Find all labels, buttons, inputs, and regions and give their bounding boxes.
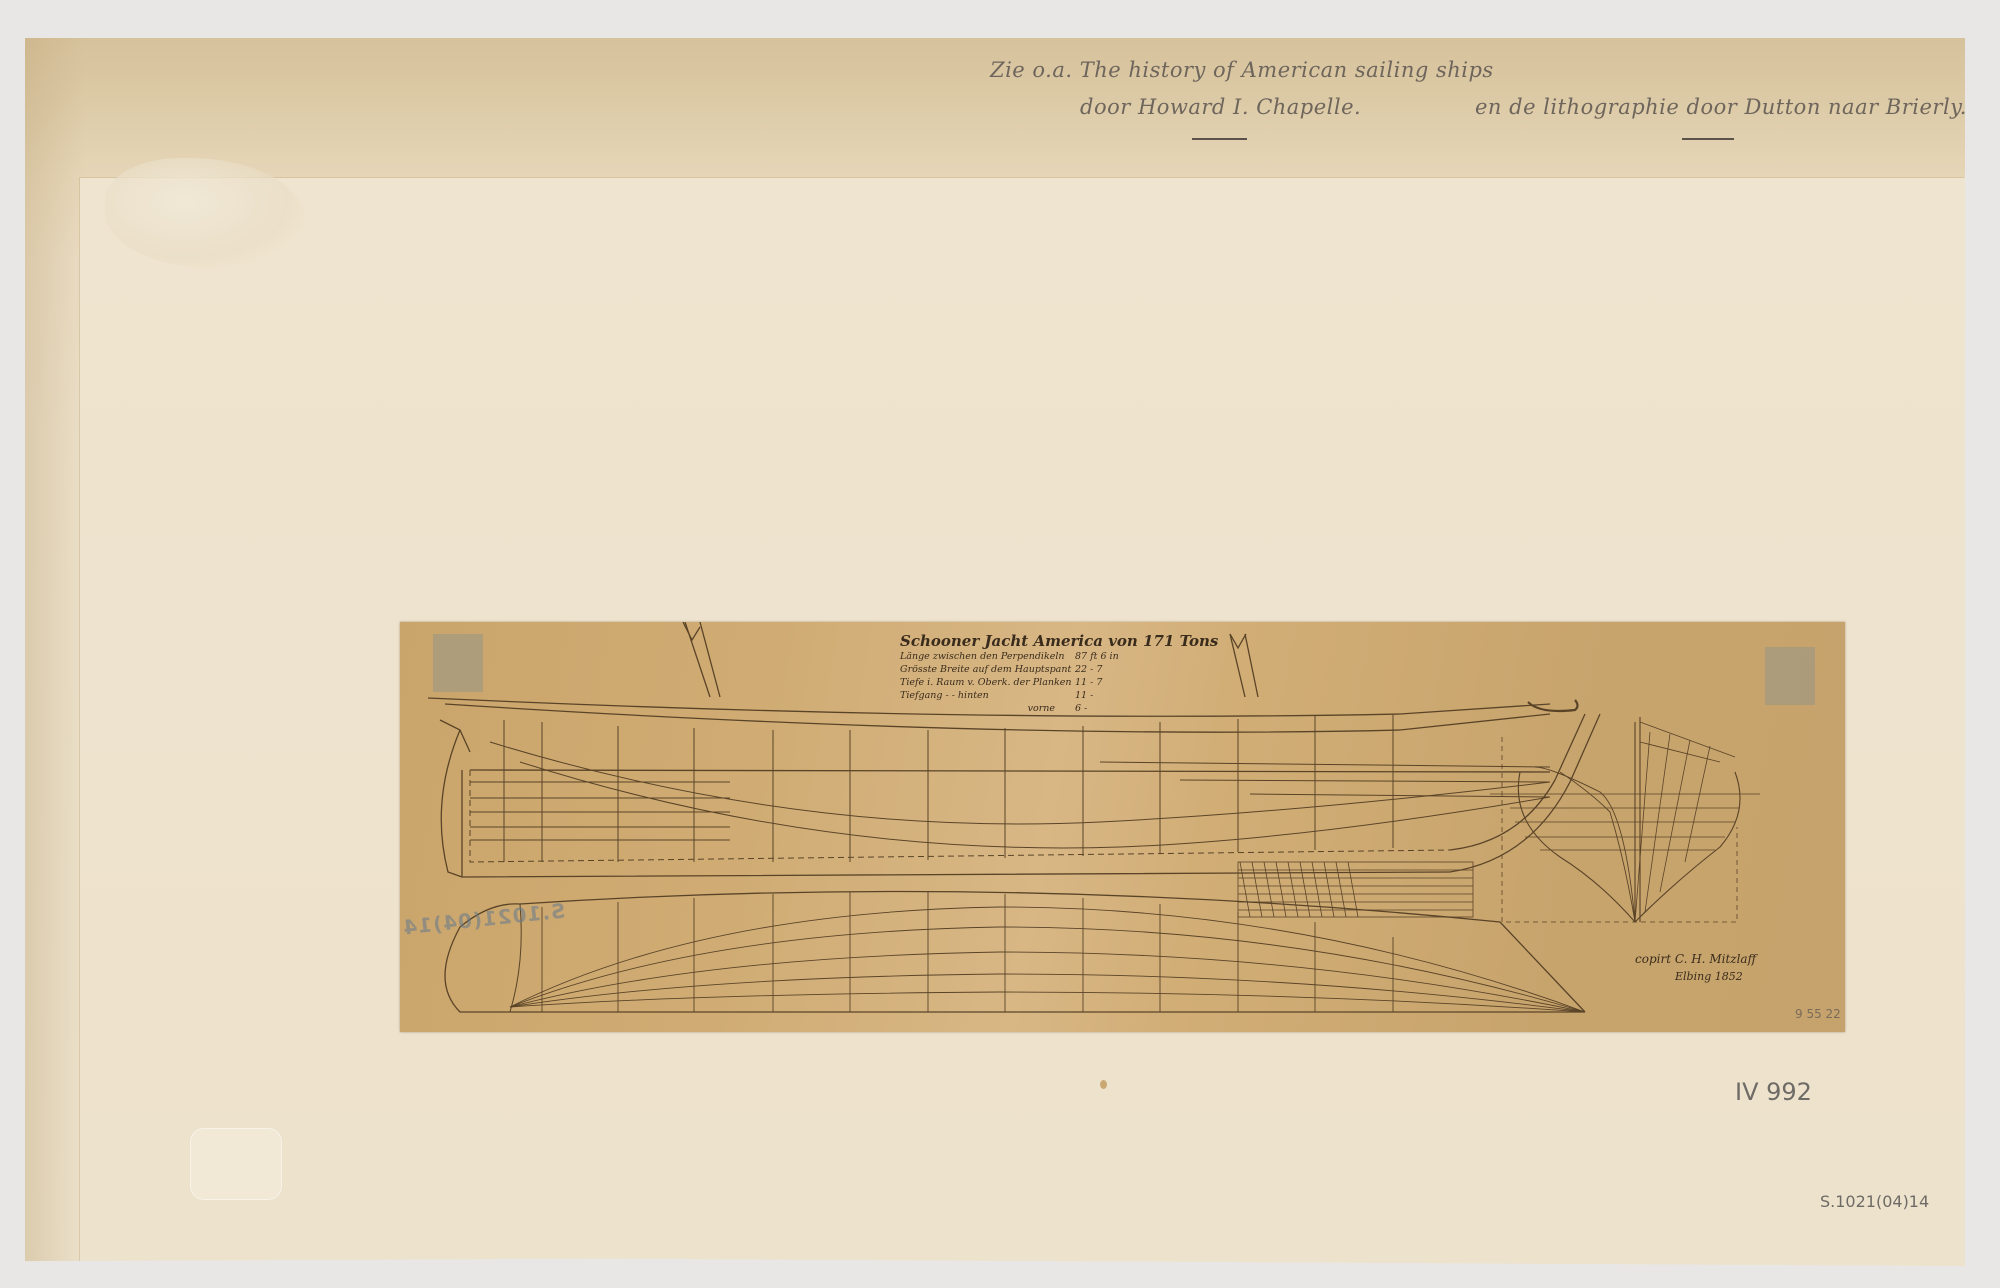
pencil-number: 9 55 22	[1795, 1007, 1841, 1021]
spec-label: Länge zwischen den Perpendikeln	[900, 650, 1075, 663]
spec-value: 87 ft 6 in	[1075, 650, 1135, 663]
inventory-number: IV 992	[1735, 1078, 1812, 1106]
spec-row: vorne 6 -	[900, 702, 1218, 715]
spec-row: Tiefgang - - hinten 11 -	[900, 689, 1218, 702]
underline-chapelle	[1192, 138, 1247, 140]
spec-value: 11 - 7	[1075, 676, 1135, 689]
spec-label: Tiefgang - - hinten	[900, 689, 1075, 702]
underline-dutton	[1682, 138, 1734, 140]
shelf-mark: S.1021(04)14	[1820, 1192, 1929, 1211]
drawing-title: Schooner Jacht America von 171 Tons	[900, 632, 1218, 650]
spec-value: 22 - 7	[1075, 663, 1135, 676]
annotation-line-1: Zie o.a. The history of American sailing…	[990, 58, 1494, 82]
spec-value: 6 -	[1075, 702, 1135, 715]
spec-label: Grösste Breite auf dem Hauptspant	[900, 663, 1075, 676]
annotation-line-3: en de lithographie door Dutton naar Brie…	[1475, 95, 1967, 119]
spec-row: Grösste Breite auf dem Hauptspant 22 - 7	[900, 663, 1218, 676]
spec-value: 11 -	[1075, 689, 1135, 702]
copyist-signature: copirt C. H. Mitzlaff	[1635, 952, 1756, 966]
spec-label: Tiefe i. Raum v. Oberk. der Planken	[900, 676, 1075, 689]
drawing-title-block: Schooner Jacht America von 171 Tons Läng…	[900, 632, 1218, 715]
spec-row: Tiefe i. Raum v. Oberk. der Planken 11 -…	[900, 676, 1218, 689]
ship-plan-drawing: Schooner Jacht America von 171 Tons Läng…	[400, 622, 1845, 1032]
spec-label: vorne	[900, 702, 1075, 715]
foxing-spot	[1100, 1080, 1107, 1089]
blind-stamp	[190, 1128, 282, 1200]
place-date: Elbing 1852	[1675, 970, 1743, 983]
spec-row: Länge zwischen den Perpendikeln 87 ft 6 …	[900, 650, 1218, 663]
annotation-line-2: door Howard I. Chapelle.	[1080, 95, 1361, 119]
